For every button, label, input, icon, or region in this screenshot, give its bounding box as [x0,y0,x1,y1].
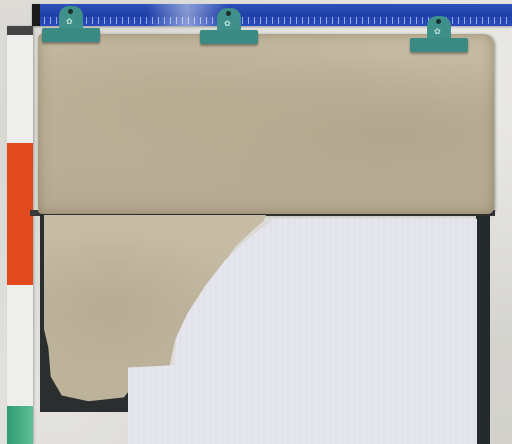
clip-emblem-icon: ✿ [66,17,73,26]
binder-clip-right: ✿ [410,16,468,56]
clip-base [42,28,100,42]
dark-right-edge [476,216,490,444]
clip-emblem-icon: ✿ [434,27,441,36]
clip-base [200,30,258,44]
clip-emblem-icon: ✿ [224,19,231,28]
upper-manuscript-folio [38,34,494,214]
ruler-cap [7,26,33,35]
binder-clip-left: ✿ [42,6,100,46]
clip-base [410,38,468,52]
tape-end-cap [32,4,40,26]
ruler-green-segment [7,406,33,444]
vertical-ruler [7,26,33,444]
binder-clip-center: ✿ [200,8,258,48]
